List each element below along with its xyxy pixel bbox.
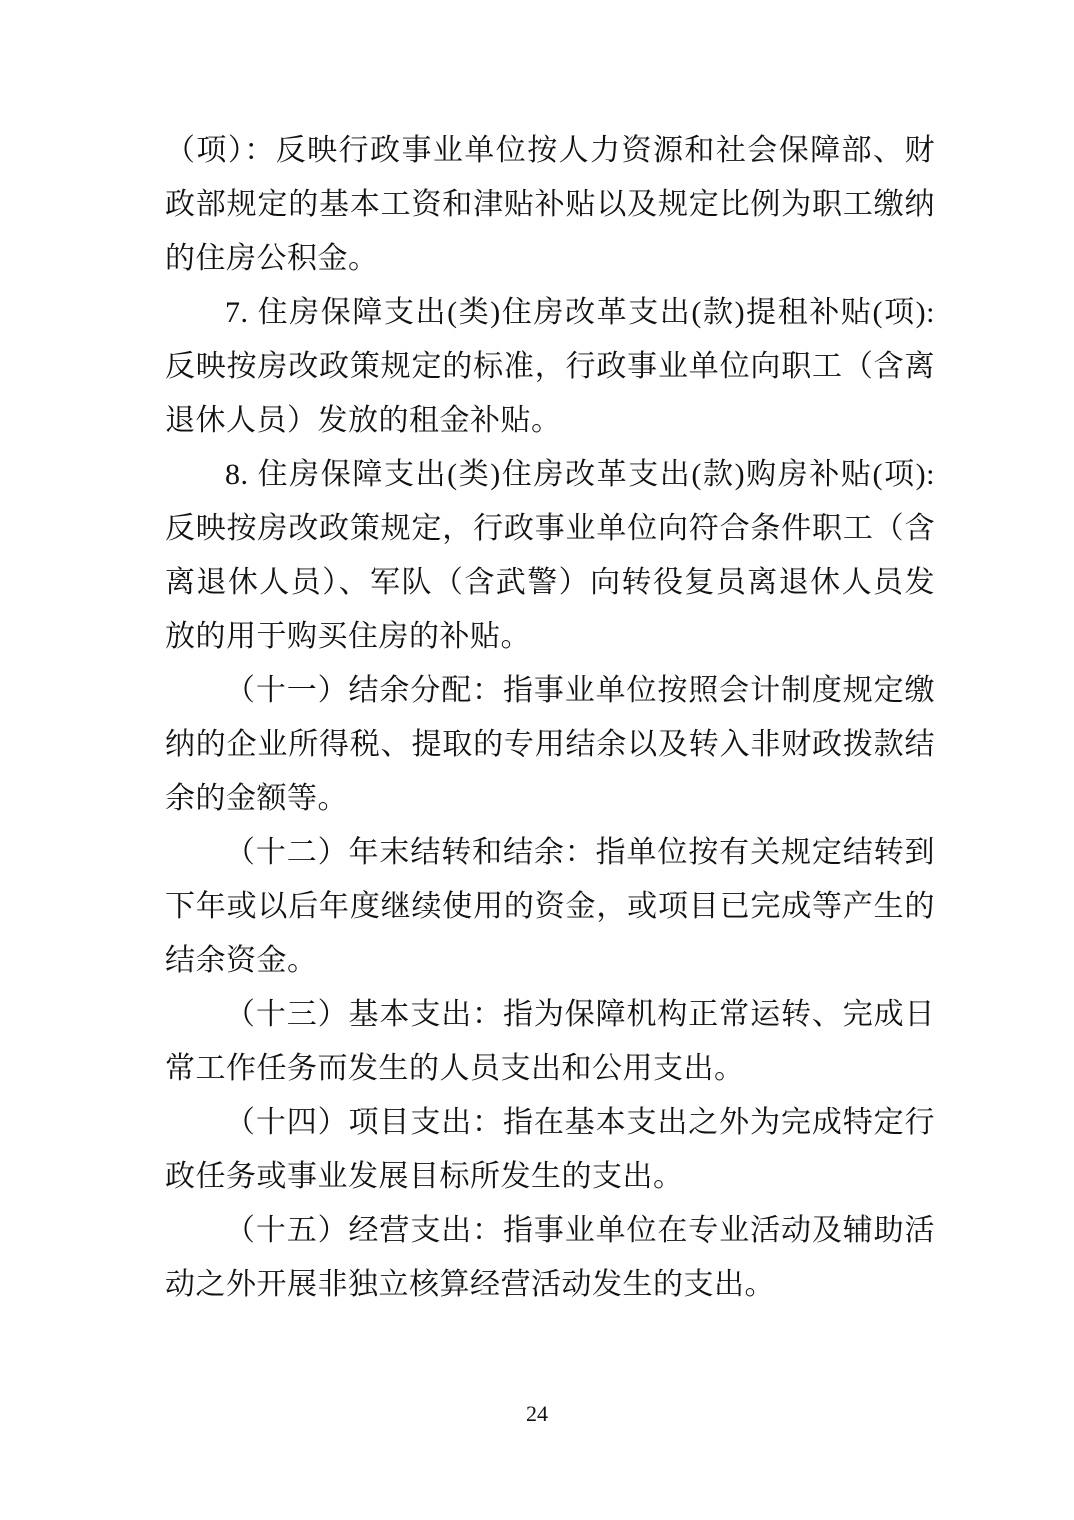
paragraph-item-15-operating-expenditure: （十五）经营支出：指事业单位在专业活动及辅助活动之外开展非独立核算经营活动发生的… xyxy=(165,1204,935,1312)
paragraph-item-8-home-purchase-subsidy: 8. 住房保障支出(类)住房改革支出(款)购房补贴(项):反映按房改政策规定，行… xyxy=(165,448,935,664)
paragraph-item-13-basic-expenditure: （十三）基本支出：指为保障机构正常运转、完成日常工作任务而发生的人员支出和公用支… xyxy=(165,988,935,1096)
document-body: （项）：反映行政事业单位按人力资源和社会保障部、财政部规定的基本工资和津贴补贴以… xyxy=(165,124,935,1312)
paragraph-item-7-rent-subsidy: 7. 住房保障支出(类)住房改革支出(款)提租补贴(项):反映按房改政策规定的标… xyxy=(165,286,935,448)
paragraph-item-12-year-end-carryover: （十二）年末结转和结余：指单位按有关规定结转到下年或以后年度继续使用的资金，或项… xyxy=(165,826,935,988)
paragraph-item-11-surplus-distribution: （十一）结余分配：指事业单位按照会计制度规定缴纳的企业所得税、提取的专用结余以及… xyxy=(165,664,935,826)
paragraph-housing-fund-continuation: （项）：反映行政事业单位按人力资源和社会保障部、财政部规定的基本工资和津贴补贴以… xyxy=(165,124,935,286)
page-number: 24 xyxy=(0,1400,1074,1428)
document-page: （项）：反映行政事业单位按人力资源和社会保障部、财政部规定的基本工资和津贴补贴以… xyxy=(0,0,1074,1520)
paragraph-item-14-project-expenditure: （十四）项目支出：指在基本支出之外为完成特定行政任务或事业发展目标所发生的支出。 xyxy=(165,1096,935,1204)
